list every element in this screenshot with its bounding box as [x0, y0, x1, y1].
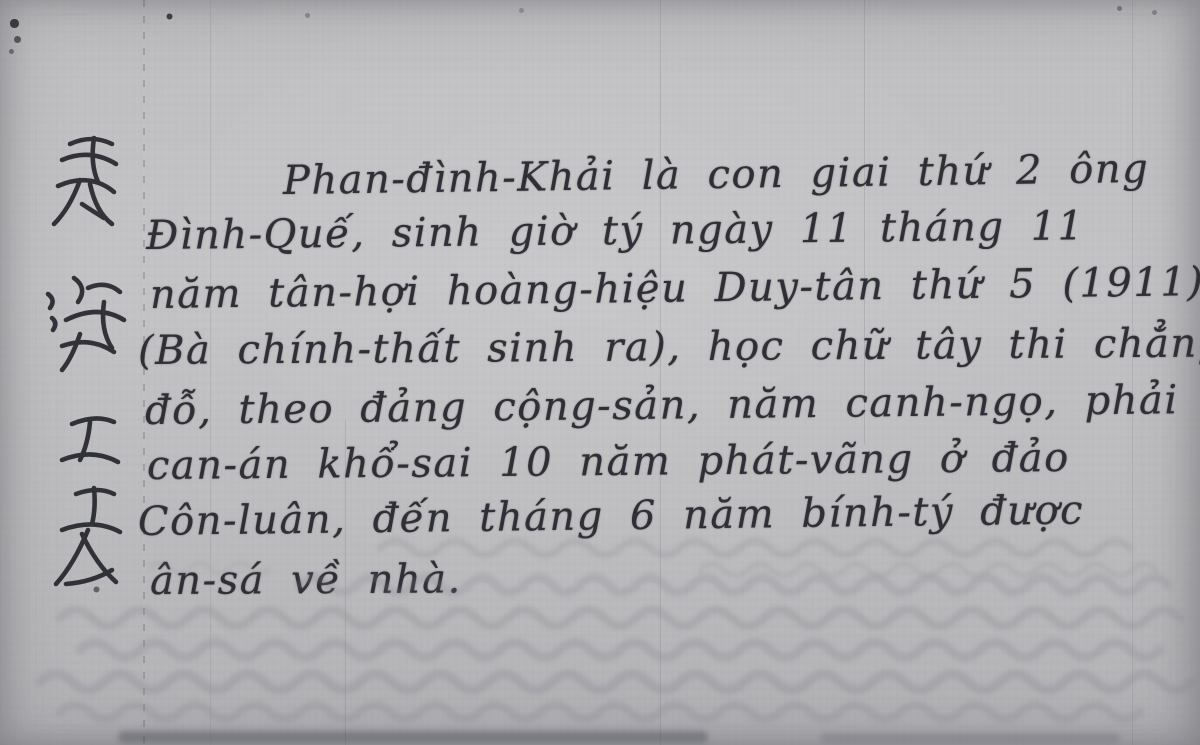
manuscript-line: Côn-luân, đến tháng 6 năm bính-tý được: [138, 487, 1085, 545]
fold-crease: [1132, 0, 1133, 745]
chinese-marginalia-strokes: [18, 128, 138, 608]
manuscript-line: can-án khổ-sai 10 năm phát-vãng ở đảo: [147, 435, 1070, 489]
chinese-marginalia: [18, 128, 138, 608]
manuscript-page: Phan-đình-Khải là con giai thứ 2 ông Đìn…: [0, 0, 1200, 745]
ink-spots: [0, 0, 3, 3]
manuscript-line: năm tân-hợi hoàng-hiệu Duy-tân thứ 5 (19…: [150, 259, 1200, 318]
manuscript-line: ân-sá về nhà.: [150, 556, 462, 604]
bleedthrough-dark-band: [118, 731, 708, 743]
manuscript-line: Đình-Quế, sinh giờ tý ngày 11 tháng 11: [146, 203, 1085, 259]
fold-crease: [660, 0, 661, 745]
manuscript-line: Phan-đình-Khải là con giai thứ 2 ông: [283, 146, 1150, 204]
manuscript-line: đỗ, theo đảng cộng-sản, năm canh-ngọ, ph…: [145, 377, 1179, 434]
bleedthrough-dark-band: [820, 733, 1120, 743]
manuscript-line: (Bà chính-thất sinh ra), học chữ tây thi…: [138, 320, 1200, 374]
